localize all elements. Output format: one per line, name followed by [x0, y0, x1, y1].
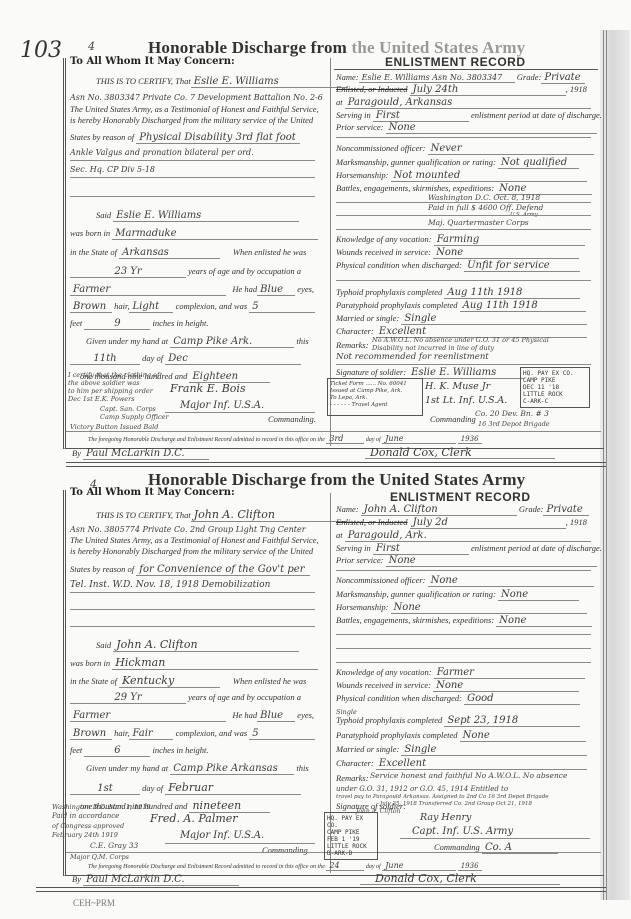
stamp-line: C-Ark-C [523, 398, 587, 405]
marksmanship-label: Marksmanship, gunner qualification or ra… [336, 589, 496, 599]
state-label: in the State of [70, 676, 117, 686]
reason-label: States by reason of [70, 132, 134, 142]
nco-label: Noncommissioned officer: [336, 575, 425, 585]
remarks-line: Not recommended for reenlistment [336, 352, 489, 362]
commanding-unit: Co. A [482, 842, 558, 854]
margin-note: Capt. San. Corps [100, 405, 156, 413]
commanding-label: Commanding. [262, 845, 310, 855]
marital-status: Single [401, 744, 587, 756]
record-separator [66, 462, 606, 467]
rule [336, 280, 591, 281]
rule [336, 570, 591, 571]
stamp-line: D-Ark-D [327, 850, 375, 857]
horsemanship: Not mounted [391, 170, 587, 182]
by-label: By [72, 448, 81, 458]
discharged-text: is hereby Honorably Discharged from the … [70, 546, 313, 556]
eyes-label: He had [232, 284, 257, 294]
married-label: Married or single: [336, 744, 399, 754]
at-label: at [336, 530, 343, 540]
age: 23 Yr [70, 266, 186, 278]
height-feet: 5 [249, 301, 315, 313]
ticket-line: To Lepa, Ark. [330, 395, 420, 402]
enlisted-year: 1918 [570, 84, 587, 94]
remarks-line: No A.W.O.L. No absence under G.O. 31 or … [372, 336, 549, 344]
said-label: Said [96, 210, 111, 220]
discharge-ledger-page: 103 4 Honorable Discharge from the Unite… [0, 0, 631, 919]
margin-note: Washington D.C. Mar. 1, 1919 [52, 803, 151, 811]
soldier-name: John A. Clifton [191, 508, 347, 522]
day-label: day of [142, 783, 163, 793]
enlisted-year: 1918 [570, 517, 587, 527]
margin-note: of Congress approved [52, 822, 124, 830]
typhoid: Aug 11th 1918 [444, 287, 580, 299]
nco: None [428, 575, 594, 587]
recorded-text: The foregoing Honorable Discharge and En… [88, 864, 325, 870]
rule [70, 177, 315, 178]
enlistment-heading: ENLISTMENT RECORD [385, 55, 526, 69]
condition: Unfit for service [464, 260, 580, 272]
soldier-name: Eslie E. Williams [191, 76, 347, 88]
stamp-line: Little Rock [327, 843, 375, 850]
margin-note: Paid in accordance [52, 812, 119, 820]
margin-note: I certify that the clothing of [68, 371, 159, 379]
recorded-day-label: day of [366, 437, 381, 443]
remarks-line: Service honest and faithful No A.W.O.L. … [370, 772, 567, 780]
battle-note: Maj. Quartermaster Corps [428, 219, 529, 227]
discharged-text: is hereby Honorably Discharged from the … [70, 115, 313, 125]
inches-label: inches in height. [153, 318, 209, 328]
enlistment-name: John A. Clifton [361, 504, 517, 516]
height-inches: 9 [84, 318, 150, 330]
condition: Good [464, 693, 580, 705]
eye-color: Blue [257, 284, 295, 296]
horsemanship-label: Horsemanship: [336, 602, 388, 612]
name-label: Name: [336, 72, 359, 82]
marital-status: Single [401, 313, 587, 325]
character-label: Character: [336, 758, 374, 768]
rule [336, 137, 591, 138]
age-label: years of age and by occupation a [188, 266, 301, 276]
recorded-text: The foregoing Honorable Discharge and En… [88, 437, 325, 443]
serial-line: Asn No. 3803347 Private Co. 7 Developmen… [70, 93, 323, 102]
vocation: Farmer [434, 667, 585, 679]
eyes-label-post: eyes, [297, 710, 314, 720]
marksmanship: None [498, 589, 579, 601]
serving-post: enlistment period at date of discharge. [471, 543, 602, 553]
remarks-label: Remarks: [336, 340, 369, 350]
recorded-day: 3rd [326, 434, 364, 444]
deputy-clerk: Paul McLarkin D.C. [83, 874, 239, 886]
serving-period: First [373, 543, 469, 555]
born-in: Hickman [112, 656, 318, 670]
horsemanship: None [391, 602, 587, 614]
enlisted-label: Enlisted, or Inducted [336, 517, 408, 527]
remarks-line: under G.O. 31, 1912 or G.O. 45, 1914 Ent… [336, 785, 508, 793]
rule [336, 648, 591, 649]
given-day: 1st [70, 783, 140, 795]
rule [70, 609, 315, 610]
certify-label: THIS IS TO CERTIFY, That [96, 76, 191, 86]
reason-label: States by reason of [70, 564, 134, 574]
testimonial-text: The United States Army, as a Testimonial… [70, 104, 319, 114]
signer-signature: Fred. A. Palmer [150, 812, 238, 825]
margin-note: Dec 1st E.K. Powers [68, 395, 135, 403]
page-number: 103 [20, 38, 62, 63]
soldier-signature: Eslie E. Williams [408, 367, 524, 379]
grade-label: Grade: [519, 504, 544, 514]
rule [165, 843, 315, 844]
stamp-line: Camp Pike [523, 377, 587, 384]
occupation: Farmer [70, 710, 226, 722]
enlisted-date: July 24th [410, 84, 566, 96]
commanding-unit: Co. 20 Dev. Bn. # 3 [475, 410, 549, 418]
at-label: at [336, 97, 343, 107]
paratyphoid-label: Paratyphoid prophylaxis completed [336, 730, 458, 740]
complexion: Fair [129, 728, 173, 740]
prior-service: None [386, 122, 597, 134]
enlistment-heading: ENLISTMENT RECORD [390, 490, 531, 504]
given-label: Given under my hand at [86, 336, 168, 346]
name-label: Name: [336, 504, 359, 514]
marksmanship-label: Marksmanship, gunner qualification or ra… [336, 157, 496, 167]
enlistment-top-rule [334, 69, 598, 70]
given-year: nineteen [189, 799, 270, 813]
ticket-line: Issued at Camp Pike, Ark. [330, 388, 420, 395]
serving-post: enlistment period at date of discharge. [471, 110, 602, 120]
given-day: 11th [70, 353, 140, 365]
given-label: Given under my hand at [86, 763, 168, 773]
rule [336, 662, 591, 663]
recorded-month: June [382, 434, 456, 444]
enlistment-commanding-label: Commanding [430, 414, 476, 424]
complexion: Light [129, 301, 173, 313]
paratyphoid: None [460, 730, 586, 742]
officer-signature: H. K. Muse Jr [425, 381, 490, 392]
inches-label: inches in height. [153, 745, 209, 755]
recorded-day-label: day of [366, 864, 381, 870]
birth-state: Arkansas [119, 247, 220, 259]
stamp-line: Dec 11 '18 [523, 384, 587, 391]
paratyphoid-label: Paratyphoid prophylaxis completed [336, 300, 458, 310]
wounds-label: Wounds received in service: [336, 247, 431, 257]
prior-label: Prior service: [336, 555, 383, 565]
enlisted-label: Enlisted, or Inducted [336, 84, 408, 94]
recorded-day: 24 [326, 861, 364, 871]
officer-title: Capt. Inf. U.S. Army [412, 826, 513, 837]
hair-color: Brown [70, 728, 112, 740]
condition-label: Physical condition when discharged: [336, 693, 462, 703]
testimonial-text: The United States Army, as a Testimonial… [70, 535, 319, 545]
rule [336, 634, 591, 635]
margin-note: February 24th 1919 [52, 831, 118, 839]
height-inches: 6 [84, 745, 150, 757]
serving-label: Serving in [336, 110, 371, 120]
margin-note: Major Q.M. Corps [70, 853, 129, 861]
condition-label: Physical condition when discharged: [336, 260, 462, 270]
recorded-year: 1936 [458, 435, 482, 444]
given-at: Camp Pike Ark. [170, 336, 294, 348]
hair-color: Brown [70, 301, 112, 313]
enlisted-at: Paragould, Ark. [345, 530, 591, 542]
to-all-heading: To All Whom It May Concern: [70, 56, 235, 67]
wounds-label: Wounds received in service: [336, 680, 431, 690]
recorded-month: June [382, 861, 456, 871]
commanding-unit: 16 3rd Depot Brigade [478, 420, 550, 428]
married-label: Married or single: [336, 313, 399, 323]
rule [336, 364, 591, 365]
rule [336, 215, 591, 216]
grade-label: Grade: [517, 72, 542, 82]
nco: Never [428, 143, 594, 155]
complexion-label: complexion, and was [176, 301, 248, 311]
rule [165, 412, 315, 413]
serving-label: Serving in [336, 543, 371, 553]
signer-title: Major Inf. U.S.A. [180, 830, 264, 841]
said-name: John A. Clifton [113, 638, 299, 652]
rule [365, 458, 555, 459]
complexion-label: complexion, and was [176, 728, 248, 738]
record-mark: 4 [88, 40, 95, 53]
horsemanship-label: Horsemanship: [336, 170, 388, 180]
enlisted-age-label: When enlisted he was [233, 247, 306, 257]
age-label: years of age and by occupation a [188, 692, 301, 702]
rule [70, 196, 315, 197]
title-main: Honorable Discharge from [148, 38, 347, 57]
recorded-year: 1936 [458, 862, 482, 871]
rule [360, 884, 560, 885]
eye-color: Blue [257, 710, 295, 722]
character-label: Character: [336, 326, 374, 336]
age: 29 Yr [70, 692, 186, 704]
vocation: Farming [434, 234, 585, 246]
day-label: day of [142, 353, 163, 363]
typhoid-label: Typhoid prophylaxis completed [336, 287, 442, 297]
rule [336, 202, 591, 203]
battles-label: Battles, engagements, skirmishes, expedi… [336, 615, 494, 625]
ticket-line: - - - - - - Travel Agent [330, 402, 420, 409]
prior-service: None [386, 555, 597, 567]
camp-pike-stamp: Hq. Pay Ex Co. Camp Pike Dec 11 '18 Litt… [520, 367, 590, 408]
certify-label: THIS IS TO CERTIFY, That [96, 510, 191, 520]
grade: Private [541, 72, 585, 84]
vocation-label: Knowledge of any vocation: [336, 234, 432, 244]
signature-label: Signature of soldier: [336, 367, 406, 377]
vocation-label: Knowledge of any vocation: [336, 667, 432, 677]
margin-note: C.E. Gray 33 [90, 842, 138, 850]
rule [336, 229, 591, 230]
height-feet: 5 [249, 728, 315, 740]
remarks-label: Remarks: [336, 773, 369, 783]
officer-title: 1st Lt. Inf. U.S.A. [425, 395, 507, 406]
battles-label: Battles, engagements, skirmishes, expedi… [336, 183, 494, 193]
born-label: was born in [70, 658, 110, 668]
born-label: was born in [70, 228, 110, 238]
character: Excellent [376, 758, 587, 770]
paratyphoid: Aug 11th 1918 [460, 300, 586, 312]
signer-signature: Frank E. Bois [170, 382, 246, 395]
footer-code: CEH~PRM [73, 898, 115, 908]
grade: Private [543, 504, 589, 516]
eyes-label: He had [232, 710, 257, 720]
officer-signature: Ray Henry [420, 812, 471, 823]
occupation: Farmer [70, 284, 226, 296]
enlistment-name: Eslie E. Williams Asn No. 3803347 [359, 73, 515, 83]
title-faded: the United States Army [351, 470, 525, 489]
eyes-label-post: eyes, [297, 284, 314, 294]
margin-note: Camp Supply Officer [100, 413, 169, 421]
record-separator [36, 887, 606, 892]
reason-line-1: for Convenience of the Gov't per [136, 564, 310, 576]
given-month: Dec [165, 353, 301, 365]
margin-note: the above soldier was [68, 379, 140, 387]
deputy-clerk: Paul McLarkin D.C. [83, 448, 209, 460]
nco-label: Noncommissioned officer: [336, 143, 425, 153]
ticket-line: Ticket Form ...... No. 60041 [330, 381, 420, 388]
battle-note: Washington D.C. Oct. 8, 1918 [428, 194, 540, 202]
hair-label: hair, [114, 301, 129, 311]
signer-title: Major Inf. U.S.A. [180, 400, 264, 411]
commanding-label: Commanding. [268, 414, 316, 424]
state-label: in the State of [70, 247, 117, 257]
prior-label: Prior service: [336, 122, 383, 132]
typhoid-label: Typhoid prophylaxis completed [336, 715, 442, 725]
enlisted-date: July 2d [410, 517, 566, 529]
hair-label: hair, [114, 728, 129, 738]
by-label: By [72, 874, 81, 884]
born-in: Marmaduke [112, 228, 318, 240]
this-label: this [296, 763, 308, 773]
reason-line-2: Tel. Inst. W.D. Nov. 18, 1918 Demobiliza… [70, 580, 270, 590]
feet-label: feet [70, 318, 82, 328]
rule [70, 592, 315, 593]
wounds: None [433, 680, 579, 692]
wounds: None [433, 247, 579, 259]
given-month: Februar [165, 781, 301, 795]
enlisted-age-label: When enlisted he was [233, 676, 306, 686]
stamp-line: Hq. Pay Ex Co. [327, 815, 375, 829]
battles: None [496, 615, 592, 627]
reason-line-2: Ankle Valgus and pronation bilateral per… [70, 148, 254, 157]
stamp-line: Little Rock [523, 391, 587, 398]
said-name: Eslie E. Williams [113, 210, 299, 222]
reason-line-3: Sec. Hq. CP Div 5-18 [70, 165, 155, 174]
rule [70, 626, 315, 627]
rule [70, 160, 315, 161]
remarks-line: Disability not incurred in line of duty [372, 344, 494, 352]
camp-pike-stamp: Hq. Pay Ex Co. Camp Pike Feb 1 '19 Littl… [324, 812, 378, 860]
rule [400, 838, 590, 839]
birth-state: Kentucky [119, 674, 220, 688]
stamp-line: Hq. Pay Ex Co. [523, 370, 587, 377]
stamp-line: Camp Pike [327, 829, 375, 836]
enlistment-commanding-label: Commanding [434, 842, 480, 852]
margin-note: to him per shipping order [68, 387, 153, 395]
travel-ticket-box: Ticket Form ...... No. 60041 Issued at C… [327, 378, 423, 416]
stamp-line: Feb 1 '19 [327, 836, 375, 843]
rule [66, 431, 601, 432]
said-label: Said [96, 640, 111, 650]
feet-label: feet [70, 745, 82, 755]
page-border-right-inner [606, 30, 607, 900]
given-at: Camp Pike Arkansas [170, 763, 294, 775]
serial-line: Asn No. 3805774 Private Co. 2nd Group Li… [70, 525, 306, 534]
reason-line-1: Physical Disability 3rd flat foot [136, 132, 300, 144]
margin-note: Victory Button Issued Bald [70, 423, 158, 431]
this-label: this [296, 336, 308, 346]
enlisted-at: Paragould, Arkansas [345, 97, 591, 109]
typhoid: Sept 23, 1918 [444, 715, 580, 727]
serving-period: First [373, 110, 469, 122]
marksmanship: Not qualified [498, 157, 579, 169]
to-all-heading: To All Whom It May Concern: [70, 487, 235, 498]
